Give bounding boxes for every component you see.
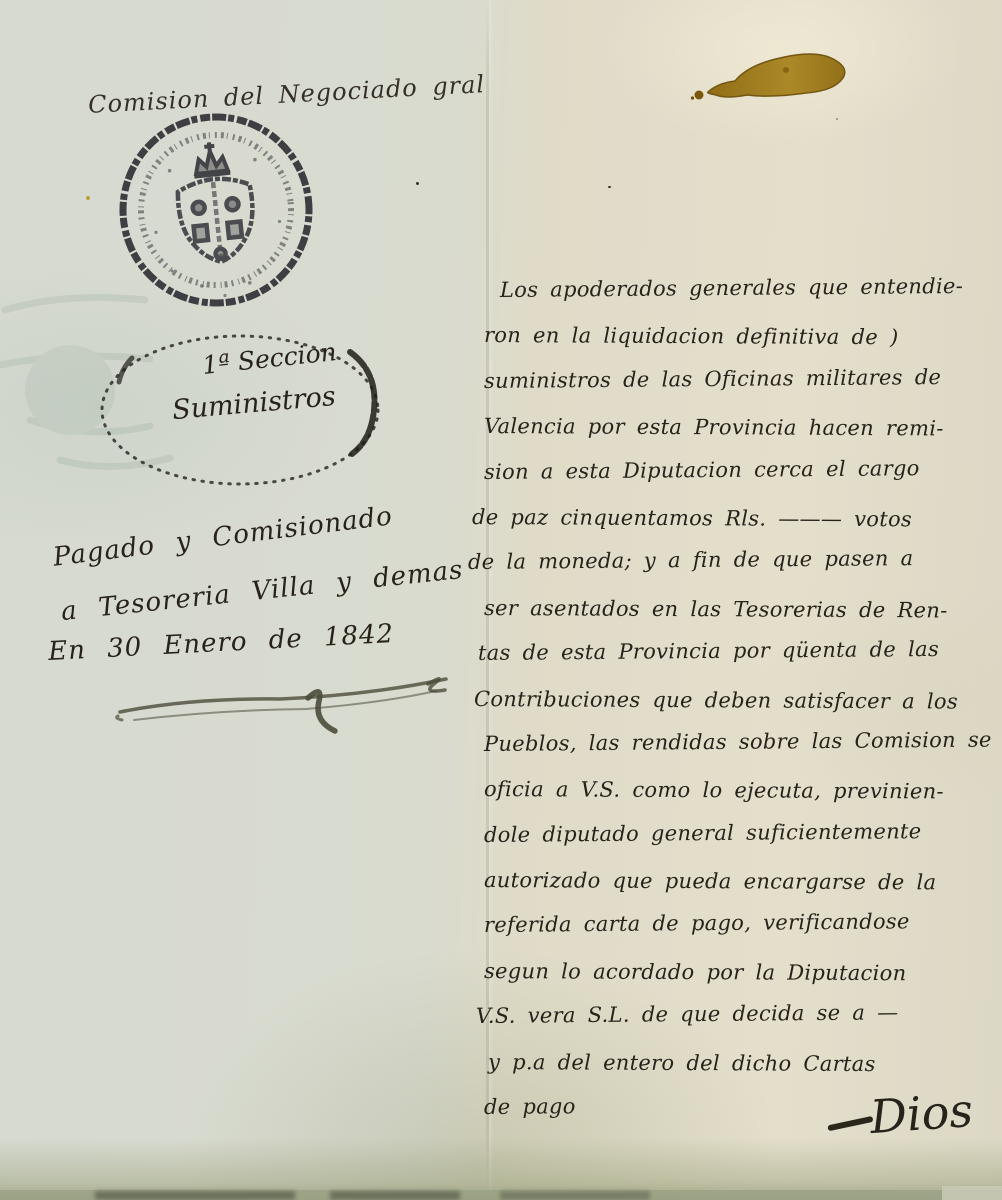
bottom-right-corner [942, 1186, 1002, 1200]
paper-speck [608, 186, 611, 188]
crown-icon [191, 140, 230, 176]
rubric-flourish [112, 668, 462, 738]
letter-line: Los apoderados generales que entendie- [500, 264, 996, 314]
paper-speck [86, 196, 90, 200]
ink-stain [690, 46, 855, 124]
letter-line: dole diputado general suficientemente [484, 808, 996, 858]
letter-line: sion a esta Diputacion cerca el cargo [484, 445, 996, 495]
margin-note-line: Pagado y Comisionado [51, 501, 394, 572]
margin-note-line: En 30 Enero de 1842 [47, 619, 394, 667]
margin-note: Pagado y Comisionado a Tesoreria Villa y… [40, 502, 500, 672]
oval-left-arc [119, 358, 132, 382]
manuscript-page: Comision del Negociado gral [0, 0, 1002, 1200]
section-oval: 1ª Seccion Suministros [94, 326, 394, 496]
closing-lead-stroke [827, 1116, 873, 1131]
bottom-dark-patch [330, 1191, 460, 1200]
paper-speck [416, 182, 419, 185]
margin-note-line: a Tesoreria Villa y demas [60, 555, 465, 627]
letter-line: suministros de las Oficinas militares de [484, 354, 996, 404]
letter-line: Pueblos, las rendidas sobre las Comision… [484, 717, 996, 767]
letter-line: de la moneda; y a fin de que pasen a [468, 536, 996, 586]
closing-word-text: Dios [868, 1083, 974, 1144]
bottom-dark-patch [95, 1191, 295, 1200]
letter-line: V.S. vera S.L. de que decida se a — [476, 990, 996, 1040]
letter-line: tas de esta Provincia por qüenta de las [478, 627, 996, 677]
bottom-dark-patch [500, 1191, 650, 1200]
shield-icon [176, 175, 258, 265]
letter-line: referida carta de pago, verificandose [484, 899, 996, 949]
letter-line: Valencia por esta Provincia hacen remi- [484, 404, 996, 452]
official-seal-stamp [104, 96, 329, 324]
letter-line: oficia a V.S. como lo ejecuta, previnien… [484, 767, 996, 815]
letter-body: Los apoderados generales que entendie- r… [484, 268, 996, 1130]
